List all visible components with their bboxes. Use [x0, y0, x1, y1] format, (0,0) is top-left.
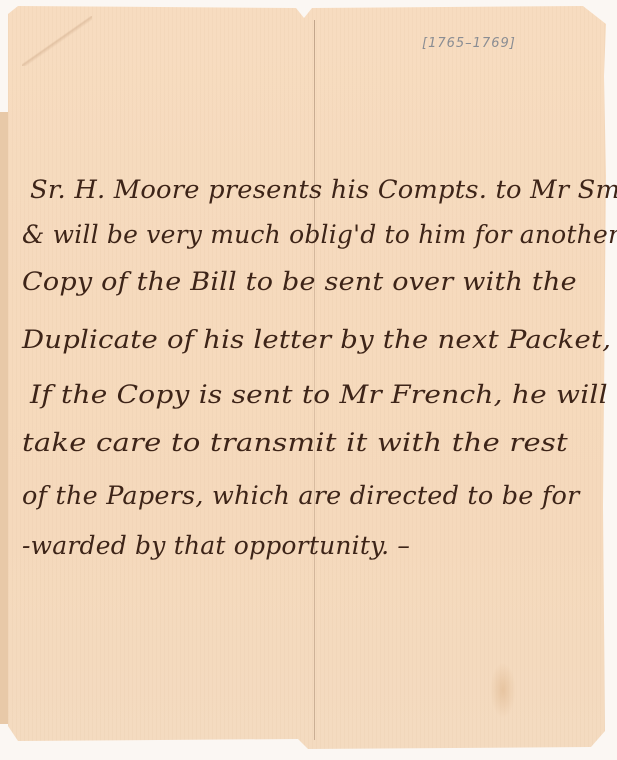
letter-line: Duplicate of his letter by the next Pack… [22, 325, 611, 354]
date-annotation: [1765–1769] [422, 36, 516, 51]
letter-line: of the Papers, which are directed to be … [22, 481, 579, 510]
paper-stain [490, 662, 516, 718]
letter-line: -warded by that opportunity. – [22, 531, 410, 560]
letter-line: & will be very much oblig'd to him for a… [22, 220, 617, 249]
corner-crease [22, 16, 92, 66]
letter-line: take care to transmit it with the rest [22, 428, 568, 457]
letter-line: Sr. H. Moore presents his Compts. to Mr … [30, 175, 617, 204]
letter-line: If the Copy is sent to Mr French, he wil… [30, 380, 608, 409]
letter-sheet [8, 6, 606, 749]
letter-line: Copy of the Bill to be sent over with th… [22, 267, 577, 296]
